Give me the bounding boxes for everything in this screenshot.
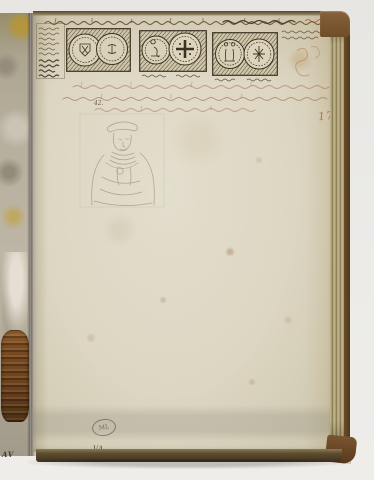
facing-page-figure-sketch	[2, 252, 28, 336]
photo-of-open-sketchbook: AV	[0, 0, 374, 480]
facing-page-basket-painting	[1, 330, 29, 422]
facing-page-caption: AV	[2, 450, 14, 459]
facing-page-artwork: AV	[0, 13, 30, 456]
collection-stamp-monogram: ML	[98, 423, 109, 431]
book-top-edge	[33, 11, 333, 16]
red-chalk-scribble	[291, 43, 327, 79]
coin-drawing-frame-3	[212, 32, 278, 76]
leather-cover-top-corner	[320, 11, 350, 37]
coin-drawing-frame-2	[139, 30, 207, 72]
portrait-sketch	[78, 111, 168, 211]
sketchbook-page: 42. 1764	[33, 15, 332, 452]
book-cast-shadow	[28, 459, 350, 469]
coin-drawing-frame-1	[66, 28, 131, 72]
discoloration-band	[33, 405, 332, 441]
leather-cover-right	[344, 24, 350, 448]
annotation-column	[36, 23, 66, 83]
